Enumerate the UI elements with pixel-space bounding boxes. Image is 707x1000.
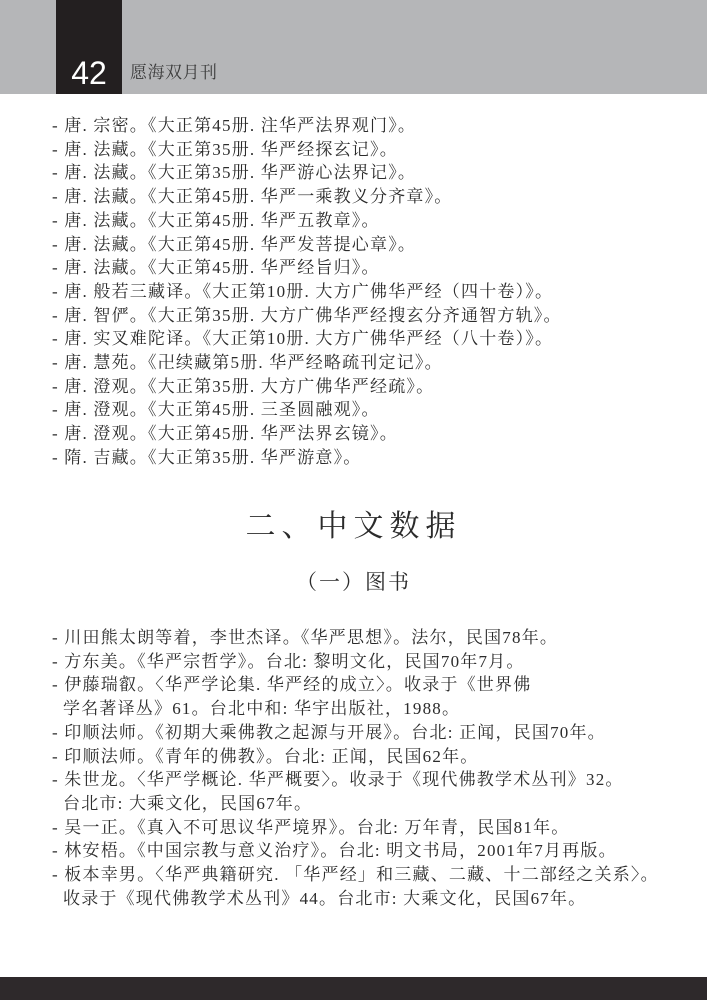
bibliography-entry: - 印顺法师。《青年的佛教》。台北: 正闻，民国62年。 (52, 745, 659, 769)
bibliography-entry: - 唐. 法藏。《大正第45册. 华严发菩提心章》。 (52, 233, 562, 257)
bibliography-entry: - 唐. 澄观。《大正第45册. 华严法界玄镜》。 (52, 422, 562, 446)
bibliography-entry: - 伊藤瑞叡。〈华严学论集. 华严经的成立〉。收录于《世界佛 (52, 673, 659, 697)
footer-bar (0, 977, 707, 1000)
bibliography-entry: - 唐. 法藏。《大正第45册. 华严经旨归》。 (52, 256, 562, 280)
bibliography-books-list: - 川田熊太朗等着，李世杰译。《华严思想》。法尔，民国78年。 - 方东美。《华… (52, 626, 659, 910)
bibliography-entry: - 板本幸男。〈华严典籍研究. 「华严经」和三藏、二藏、十二部经之关系〉。 (52, 863, 659, 887)
bibliography-entry: - 唐. 慧苑。《卍续藏第5册. 华严经略疏刊定记》。 (52, 351, 562, 375)
bibliography-entry: - 川田熊太朗等着，李世杰译。《华严思想》。法尔，民国78年。 (52, 626, 659, 650)
bibliography-entry: - 唐. 澄观。《大正第45册. 三圣圆融观》。 (52, 398, 562, 422)
bibliography-entry-continuation: 学名著译丛》61。台北中和: 华宇出版社，1988。 (52, 697, 659, 721)
subsection-heading: （一）图书 (0, 568, 707, 596)
page-number: 42 (71, 57, 107, 89)
page-number-box: 42 (56, 0, 122, 94)
bibliography-entry: - 朱世龙。〈华严学概论. 华严概要〉。收录于《现代佛教学术丛刊》32。 (52, 768, 659, 792)
journal-title: 愿海双月刊 (130, 64, 218, 83)
bibliography-entry-continuation: 台北市: 大乘文化，民国67年。 (52, 792, 659, 816)
bibliography-entry: - 林安梧。《中国宗教与意义治疗》。台北: 明文书局，2001年7月再版。 (52, 839, 659, 863)
bibliography-entry: - 唐. 法藏。《大正第45册. 华严一乘教义分齐章》。 (52, 185, 562, 209)
bibliography-entry: - 唐. 澄观。《大正第35册. 大方广佛华严经疏》。 (52, 375, 562, 399)
bibliography-entry: - 唐. 法藏。《大正第35册. 华严经探玄记》。 (52, 138, 562, 162)
bibliography-entry: - 吴一正。《真入不可思议华严境界》。台北: 万年青，民国81年。 (52, 816, 659, 840)
bibliography-entry: - 唐. 般若三藏译。《大正第10册. 大方广佛华严经（四十卷）》。 (52, 280, 562, 304)
bibliography-entry: - 唐. 宗密。《大正第45册. 注华严法界观门》。 (52, 114, 562, 138)
bibliography-entry: - 唐. 智俨。《大正第35册. 大方广佛华严经搜玄分齐通智方轨》。 (52, 304, 562, 328)
bibliography-entry-continuation: 收录于《现代佛教学术丛刊》44。台北市: 大乘文化，民国67年。 (52, 887, 659, 911)
section-heading: 二、中文数据 (0, 509, 707, 545)
bibliography-entry: - 唐. 法藏。《大正第35册. 华严游心法界记》。 (52, 161, 562, 185)
bibliography-entry: - 唐. 法藏。《大正第45册. 华严五教章》。 (52, 209, 562, 233)
page-header-band: 42 愿海双月刊 (0, 0, 707, 94)
bibliography-entry: - 唐. 实叉难陀译。《大正第10册. 大方广佛华严经（八十卷）》。 (52, 327, 562, 351)
bibliography-canon-list: - 唐. 宗密。《大正第45册. 注华严法界观门》。 - 唐. 法藏。《大正第3… (52, 114, 562, 470)
bibliography-entry: - 方东美。《华严宗哲学》。台北: 黎明文化，民国70年7月。 (52, 650, 659, 674)
bibliography-entry: - 印顺法师。《初期大乘佛教之起源与开展》。台北: 正闻，民国70年。 (52, 721, 659, 745)
journal-page: 42 愿海双月刊 - 唐. 宗密。《大正第45册. 注华严法界观门》。 - 唐.… (0, 0, 707, 1000)
bibliography-entry: - 隋. 吉藏。《大正第35册. 华严游意》。 (52, 446, 562, 470)
